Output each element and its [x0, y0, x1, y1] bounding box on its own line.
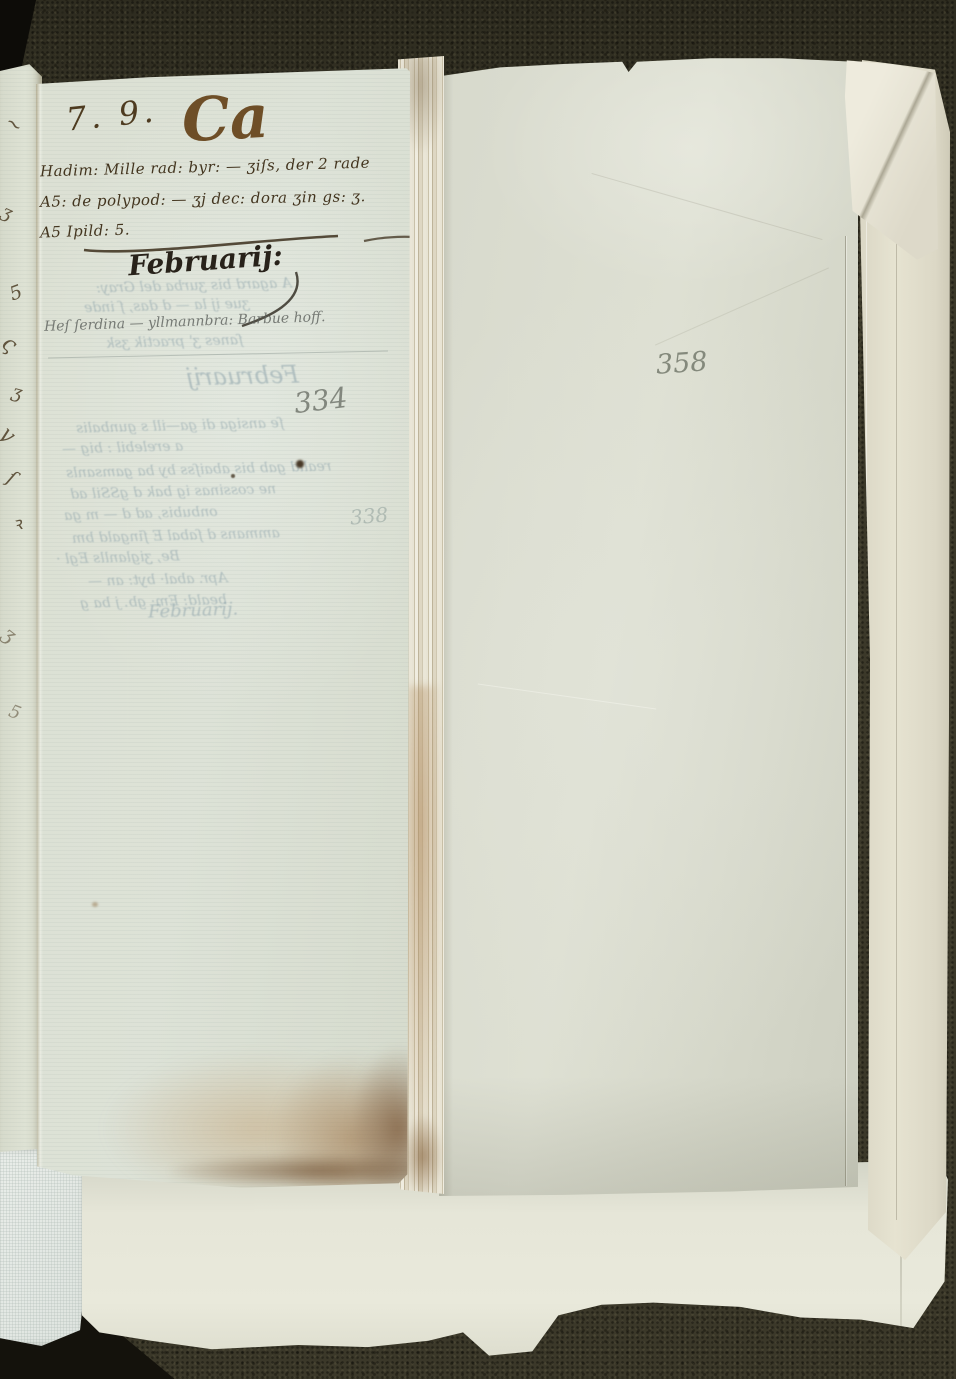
showthrough-line: Be, ʒiglanlls Egl · [56, 548, 180, 567]
manuscript-scan: ~ ʒ 5 ς ʒ y ſ ꝛ ʒ 5 358 7. 9. Ca [0, 0, 956, 1379]
faint-number-338: 338 [349, 502, 389, 529]
paper-wrinkle [655, 267, 829, 345]
ink-fragment: ʒ [0, 201, 16, 224]
showthrough-line: onbubis, ad d — m ga [64, 504, 218, 524]
left-page: 7. 9. Ca Hadim: Mille rad: byr: — ʒiſs, … [36, 66, 410, 1190]
right-page: 358 [437, 56, 858, 1196]
showthrough-line: ſe ansiga di ga—ill s gunbalis [76, 415, 284, 436]
fold-crease [896, 100, 897, 1220]
facing-page-edge-strip: ~ ʒ 5 ς ʒ y ſ ꝛ ʒ 5 [0, 62, 42, 1194]
recipe-line: A5: de polypod: — ʒj dec: dora ʒin gs: ʒ… [40, 187, 366, 211]
showthrough-line: Apr. abal· byt: an — [88, 570, 228, 590]
paper-wrinkle [478, 683, 656, 709]
fold-highlight [866, 120, 867, 1200]
underlying-page-right-edge [850, 60, 950, 1260]
ink-fragment: ꝛ [10, 511, 24, 536]
corner-mark: 7. 9. [64, 91, 159, 138]
showthrough-line: realid gab bis abaiſss by ba gamsanls [66, 459, 332, 482]
ink-fragment: ς [0, 331, 21, 359]
ink-fragment: y [0, 421, 21, 446]
page-edge-crease [845, 236, 846, 1186]
page-number-334: 334 [292, 381, 349, 420]
showthrough-line: ne cossinas ig bak d gSSil ad [70, 481, 276, 502]
ink-fragment: 5 [7, 281, 26, 306]
recipe-line: Hadim: Mille rad: byr: — ʒiſs, der 2 rad… [40, 154, 370, 181]
showthrough-word: Februarij. [148, 598, 239, 622]
showthrough-heading: Februarij [186, 361, 299, 392]
paper-wrinkle [592, 173, 823, 240]
ink-fragment: ʒ [0, 621, 21, 647]
showthrough-line: ſanes ʒ' practik ʒsk [106, 332, 243, 352]
faint-rule [48, 350, 388, 358]
foxing-spot [92, 902, 98, 907]
large-initial: Ca [180, 82, 270, 156]
showthrough-line: a erelebil : big — [62, 438, 184, 457]
showthrough-line: ammans d ſabal E ſingald bm [72, 525, 280, 546]
ink-fragment: ſ [3, 467, 20, 490]
ink-fragment: ~ [0, 109, 28, 138]
ink-fragment: 5 [6, 701, 24, 725]
page-number-358: 358 [655, 346, 709, 381]
edge-stain [404, 1116, 442, 1196]
ink-fragment: ʒ [9, 381, 24, 404]
